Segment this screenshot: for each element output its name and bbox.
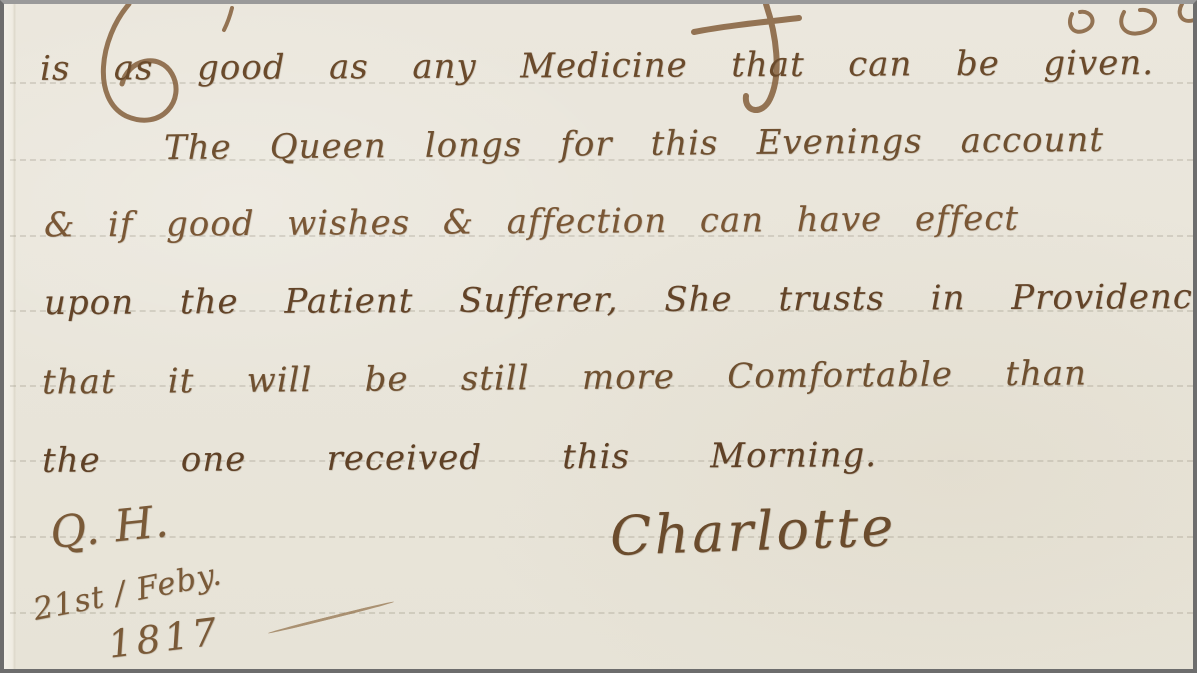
letter-line-6: the one received this Morning.	[42, 425, 877, 491]
letter-line-5: that it will be still more Comfortable t…	[42, 343, 1087, 412]
ruled-line	[10, 536, 1193, 538]
manuscript-photo: is as good as any Medicine that can be g…	[0, 0, 1197, 673]
signature: Charlotte	[609, 495, 897, 568]
letter-line-3: & if good wishes & affection can have ef…	[44, 189, 1019, 256]
letter-line-1: is as good as any Medicine that can be g…	[40, 33, 1154, 99]
letter-line-4: upon the Patient Sufferer, She trusts in…	[44, 267, 1197, 333]
letter-line-2: The Queen longs for this Evenings accoun…	[164, 110, 1104, 178]
